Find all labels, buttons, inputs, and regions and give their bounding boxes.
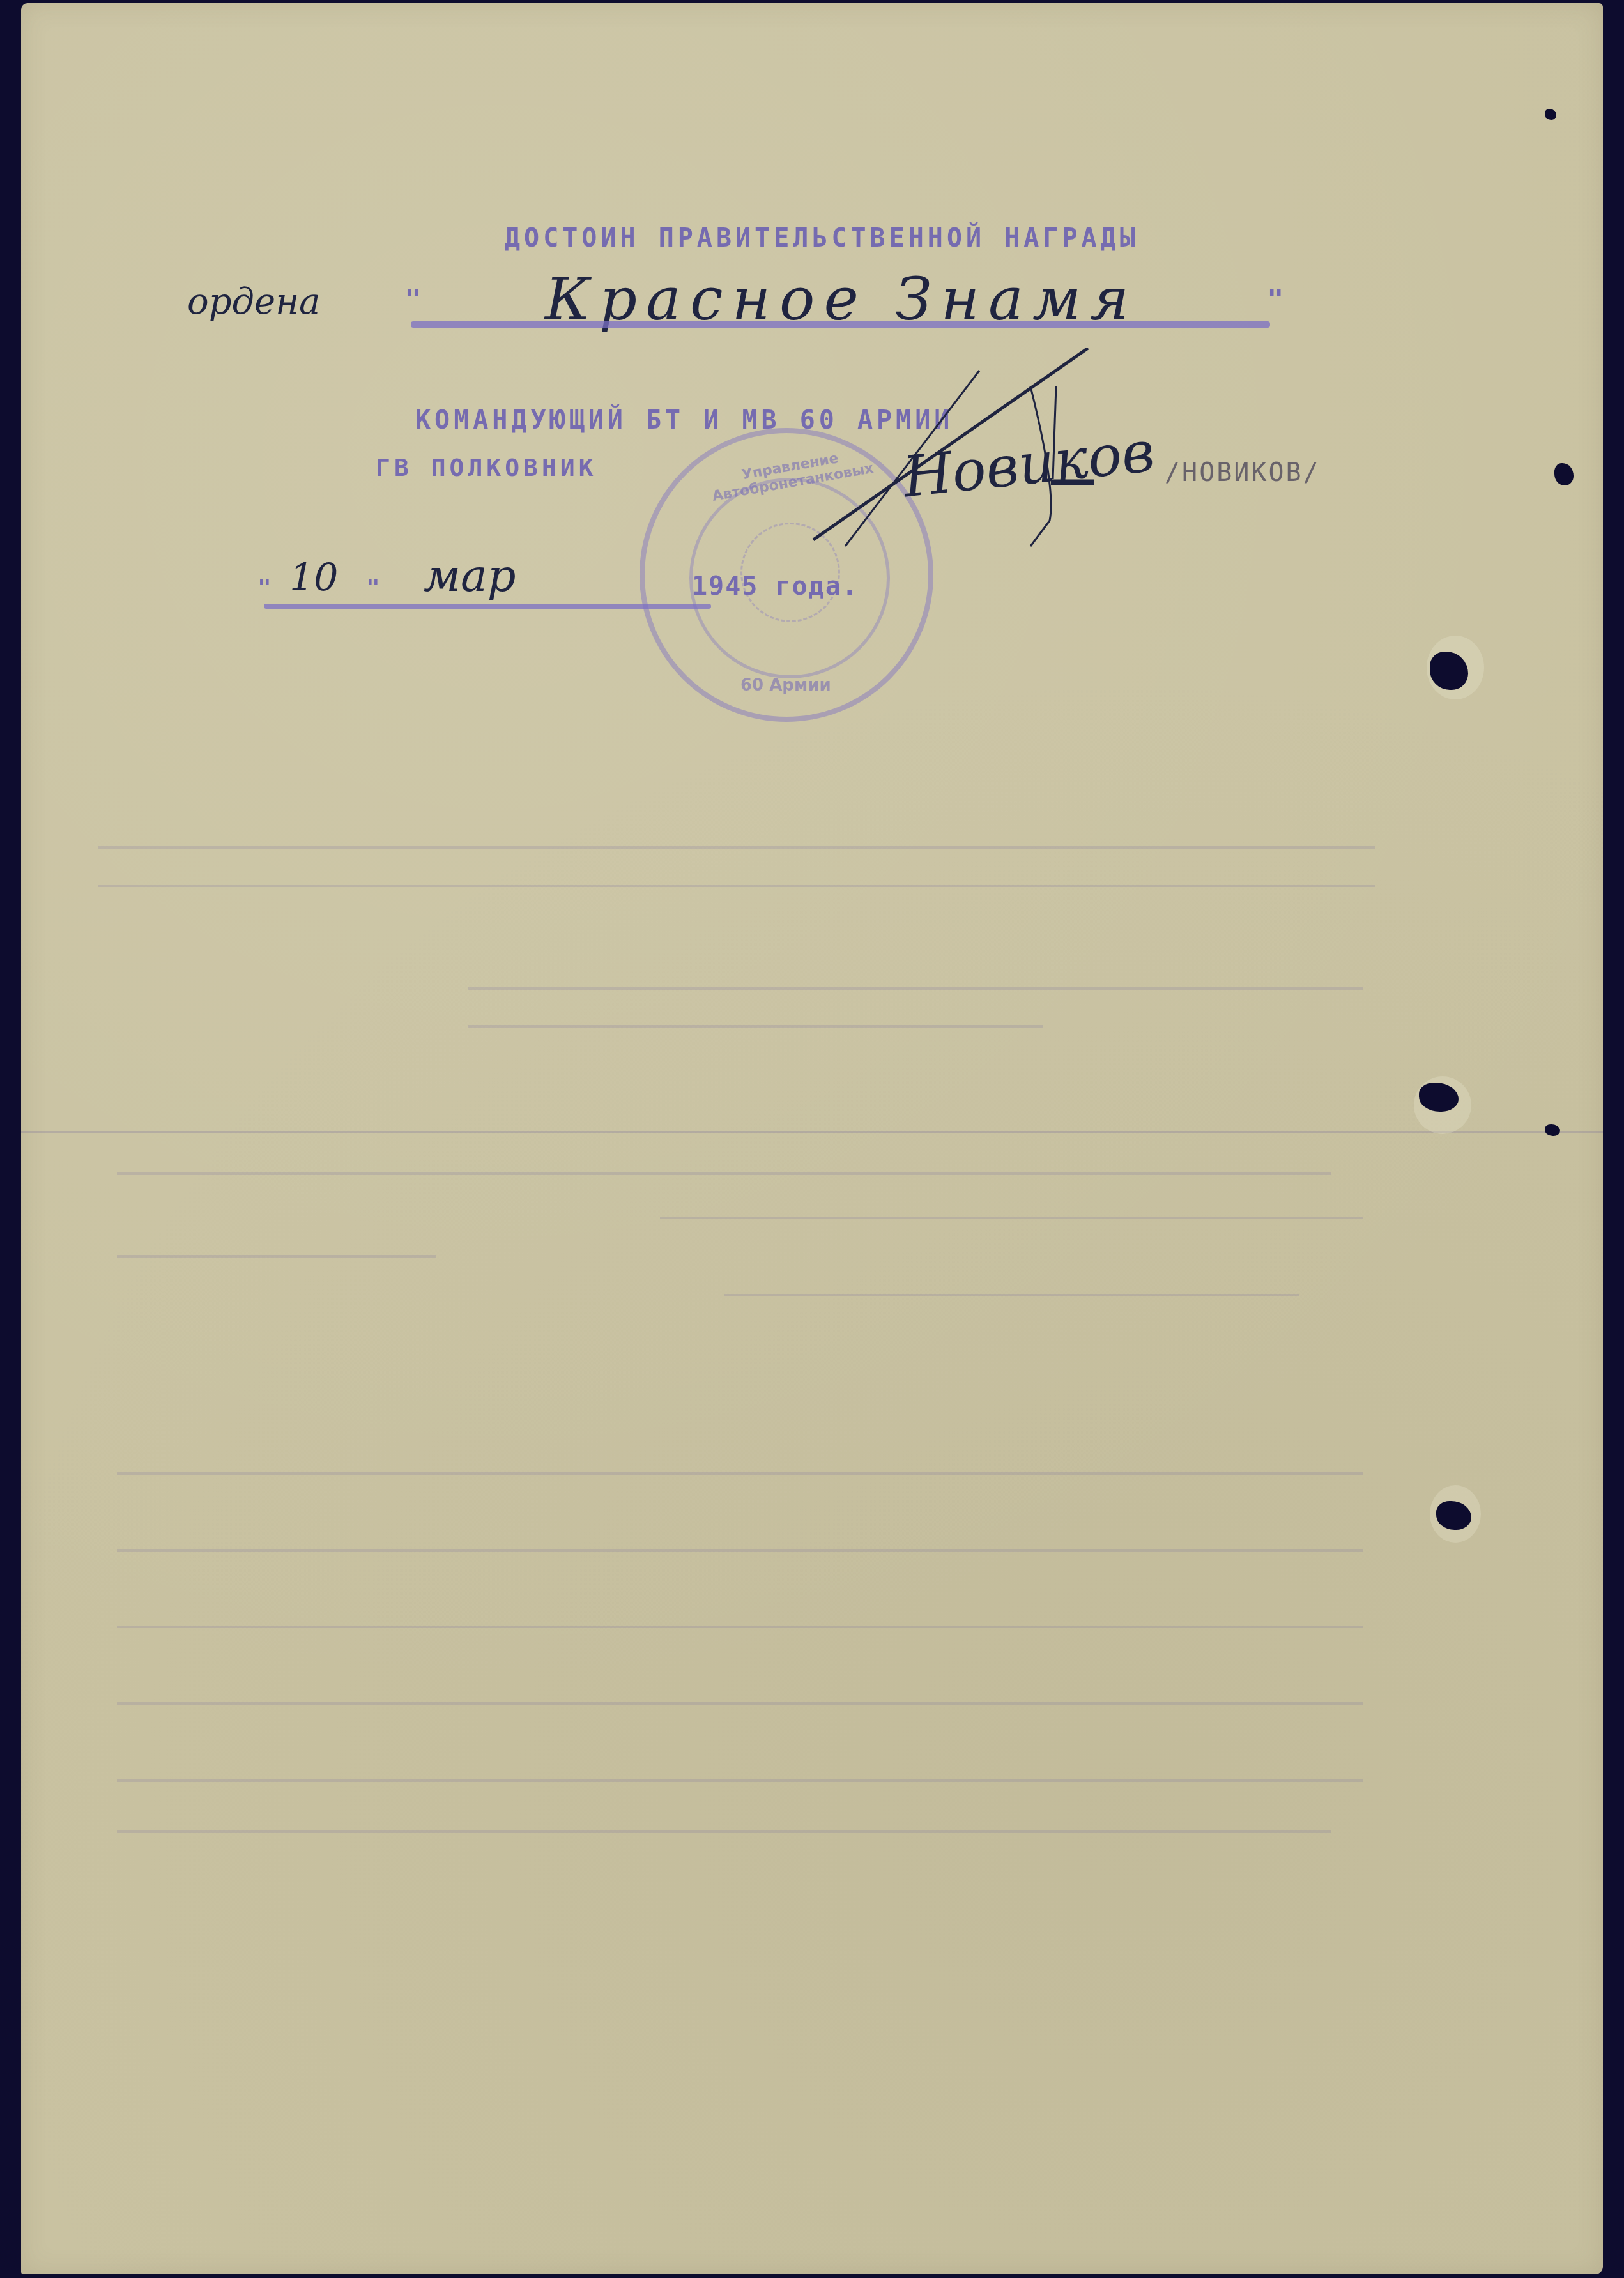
signature-strokes-icon (788, 348, 1235, 565)
binding-hole (1545, 1124, 1560, 1136)
date-day: 10 (289, 556, 338, 600)
binding-hole (1554, 463, 1574, 485)
date-quote-open: " (257, 575, 275, 601)
document-page: ДОСТОИН ПРАВИТЕЛЬСТВЕННОЙ НАГРАДЫ ордена… (21, 3, 1603, 2274)
date-year: 1945 года. (692, 572, 859, 601)
award-heading: ДОСТОИН ПРАВИТЕЛЬСТВЕННОЙ НАГРАДЫ (505, 224, 1139, 253)
stamp-text-bottom: 60 Армии (740, 676, 831, 695)
date-month: мар (424, 549, 516, 602)
quote-close: " (1267, 284, 1288, 317)
order-label: ордена (187, 281, 320, 323)
date-quote-close: " (366, 575, 384, 601)
quote-open: " (404, 284, 425, 317)
date-underline (264, 604, 711, 609)
binding-hole (1545, 109, 1556, 120)
commander-name: /НОВИКОВ/ (1165, 458, 1321, 487)
commander-rank: ГВ ПОЛКОВНИК (376, 454, 597, 482)
fold-line (21, 1131, 1603, 1133)
order-underline (411, 321, 1270, 328)
